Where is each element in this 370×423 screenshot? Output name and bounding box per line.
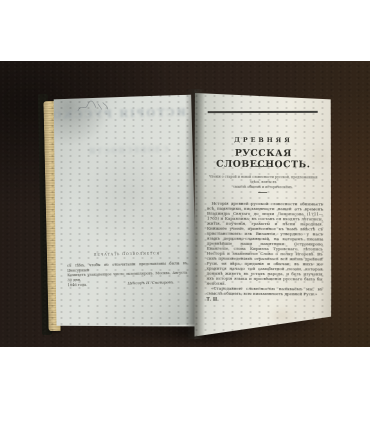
bleed-through-text-row2: СЛОВЕСНОСТИ (89, 145, 169, 156)
epigraph-line: смыслѣ общемъ и историческомъ. (204, 184, 322, 190)
signature-mark: Т. II. (206, 297, 322, 303)
left-page: ИСТОРІЯ РУССКОЙ СЛОВЕСНОСТИ ПЕЧАТАТЬ ПОЗ… (52, 95, 198, 331)
body-paragraph: Исторія древней русской словесности обни… (206, 201, 323, 287)
section-heading-small: ДРЕВНЯЯ (194, 137, 332, 145)
paper-stain (261, 304, 303, 328)
right-page: ДРЕВНЯЯ РУССКАЯ СЛОВЕСНОСТЬ. Чтенія о ст… (193, 91, 333, 338)
top-white-band (0, 0, 370, 61)
censor-heading: ПЕЧАТАТЬ ПОЗВОЛЯЕТСЯ (67, 251, 187, 258)
divider-ornament (255, 166, 271, 167)
divider-dash (258, 192, 267, 193)
photo-of-open-book: ИСТОРІЯ РУССКОЙ СЛОВЕСНОСТИ ПЕЧАТАТЬ ПОЗ… (0, 61, 370, 347)
bleed-through-text-row1: ИСТОРІЯ РУССКОЙ (64, 108, 186, 122)
censor-notice: ПЕЧАТАТЬ ПОЗВОЛЯЕТСЯ съ тѣмъ, чтобы по о… (67, 251, 188, 300)
body-text: Исторія древней русской словесности обни… (206, 201, 323, 304)
body-paragraph: «Стародавнею словесностію называемъ мы, … (206, 286, 322, 297)
epigraph: Чтенія о старой и новой словесности русс… (204, 175, 322, 191)
bottom-white-band (0, 347, 370, 423)
header-rule (208, 111, 318, 113)
book-photo-screenshot: ИСТОРІЯ РУССКОЙ СЛОВЕСНОСТИ ПЕЧАТАТЬ ПОЗ… (0, 0, 370, 423)
